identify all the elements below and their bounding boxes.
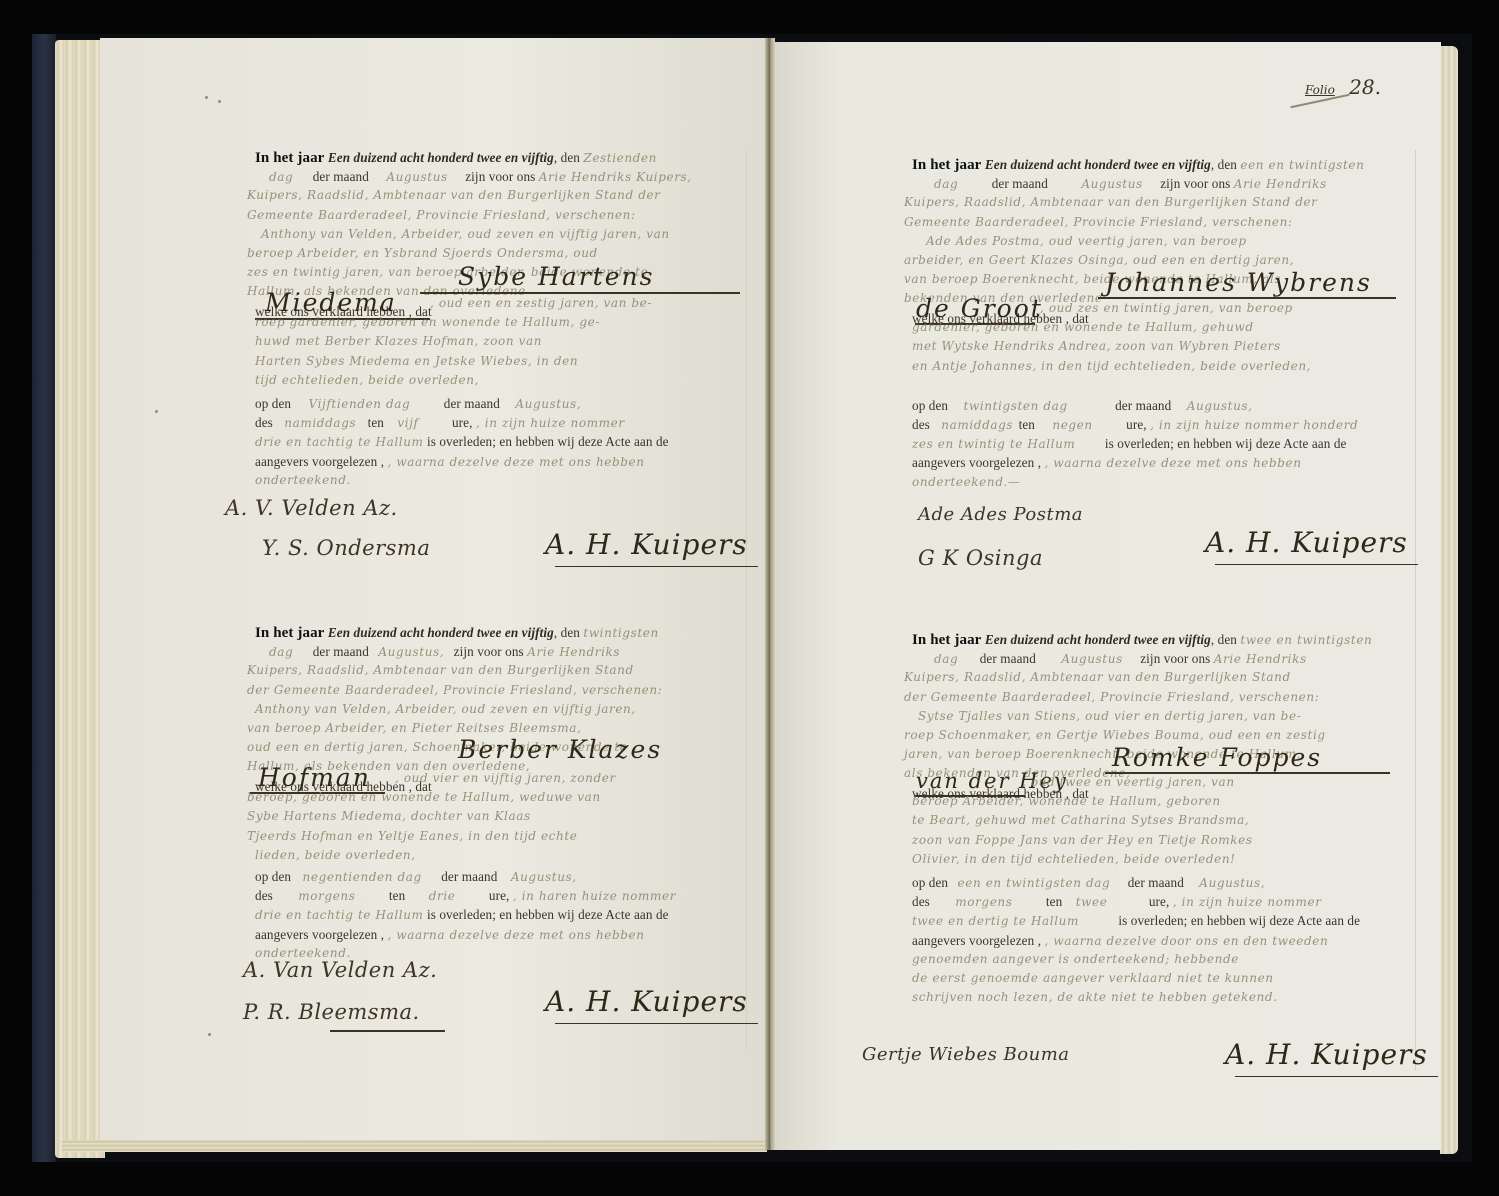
act-month: Augustus, <box>378 645 444 659</box>
printed-den: , den <box>554 625 580 640</box>
printed-opening: In het jaar <box>255 625 324 641</box>
official-line: Kuipers, Raadslid, Ambtenaar van den Bur… <box>247 661 745 680</box>
act-official: Arie Hendriks <box>527 645 620 659</box>
printed-der-maand: der maand <box>1115 398 1171 413</box>
year-words: Een duizend acht honderd twee en vijftig <box>985 632 1211 647</box>
printed-overleden: is overleden; en hebben wij deze Acte aa… <box>1118 913 1360 928</box>
page-edges-bottom <box>62 1140 767 1152</box>
ink-speck <box>218 100 221 103</box>
deceased-line: te Beart, gehuwd met Catharina Sytses Br… <box>912 811 1412 830</box>
time-of-day: namiddags <box>941 418 1013 432</box>
death-day: Vijftienden dag <box>309 397 411 411</box>
year-words: Een duizend acht honderd twee en vijftig <box>985 157 1211 172</box>
witness-signature: Y. S. Ondersma <box>262 536 430 560</box>
year-words: Een duizend acht honderd twee en vijftig <box>328 150 554 165</box>
deceased-first-name: Sybe Hartens <box>458 262 654 291</box>
act-dag: dag <box>269 170 293 184</box>
deceased-line: beroep, geboren en wonende te Hallum, we… <box>247 788 745 807</box>
deceased-line: Harten Sybes Miedema en Jetske Wiebes, i… <box>255 352 745 371</box>
deceased-line: , oud zes en twintig jaren, van beroep <box>1040 299 1412 318</box>
deceased-line: huwd met Berber Klazes Hofman, zoon van <box>255 332 745 351</box>
closing-text: genoemden aangever is onderteekend; hebb… <box>912 950 1412 969</box>
closing-text: onderteekend.— <box>912 473 1412 492</box>
printed-voorgelezen: aangevers voorgelezen , <box>255 454 384 469</box>
printed-op-den: op den <box>255 869 291 884</box>
printed-zijn-voor-ons: zijn voor ons <box>465 169 535 184</box>
act-month: Augustus <box>1061 652 1122 666</box>
printed-der-maand: der maand <box>441 869 497 884</box>
act-day: twee en twintigsten <box>1240 633 1372 647</box>
ink-speck <box>205 96 208 99</box>
ink-speck <box>208 1033 211 1036</box>
act-official: Arie Hendriks Kuipers, <box>539 170 692 184</box>
death-act-3-body: , oud zes en twintig jaren, van beroep g… <box>912 299 1412 492</box>
official-signature: A. H. Kuipers <box>545 985 748 1018</box>
act-day: twintigsten <box>583 626 658 640</box>
witness-signature: A. Van Velden Az. <box>243 958 437 982</box>
death-day: twintigsten dag <box>964 399 1068 413</box>
printed-zijn-voor-ons: zijn voor ons <box>1140 651 1210 666</box>
act-month: Augustus <box>386 170 447 184</box>
deceased-line: , oud vier en vijftig jaren, zonder <box>395 769 745 788</box>
act-dag: dag <box>934 652 958 666</box>
year-words: Een duizend acht honderd twee en vijftig <box>328 625 554 640</box>
official-line: Gemeente Baarderadeel, Provincie Friesla… <box>247 206 745 225</box>
house-number-text: , in zijn huize nommer <box>1173 895 1322 909</box>
closing-text: , waarna dezelve door ons en den tweeden <box>1045 934 1329 948</box>
printed-der-maand: der maand <box>313 644 369 659</box>
death-hour: twee <box>1076 895 1108 909</box>
witness-line: Anthony van Velden, Arbeider, oud zeven … <box>261 225 745 244</box>
printed-opening: In het jaar <box>912 157 981 173</box>
act-official: Arie Hendriks <box>1234 177 1327 191</box>
printed-des: des <box>255 888 273 903</box>
printed-der-maand: der maand <box>444 396 500 411</box>
deceased-first-name: Johannes Wybrens <box>1105 268 1372 297</box>
official-line: der Gemeente Baarderadeel, Provincie Fri… <box>247 681 745 700</box>
deceased-line: roep gardenier, geboren en wonende te Ha… <box>255 313 745 332</box>
ink-speck <box>155 410 158 413</box>
printed-den: , den <box>1211 632 1237 647</box>
closing-text: de eerst genoemde aangever verklaard nie… <box>912 969 1412 988</box>
printed-zijn-voor-ons: zijn voor ons <box>1160 176 1230 191</box>
printed-op-den: op den <box>255 396 291 411</box>
printed-der-maand: der maand <box>980 651 1036 666</box>
witness-line: beroep Arbeider, en Ysbrand Sjoerds Onde… <box>247 244 745 263</box>
printed-overleden: is overleden; en hebben wij deze Acte aa… <box>427 434 669 449</box>
deceased-line: en Antje Johannes, in den tijd echtelied… <box>912 357 1412 376</box>
printed-ure: ure, <box>452 415 473 430</box>
act-official: Arie Hendriks <box>1214 652 1307 666</box>
official-signature: A. H. Kuipers <box>1225 1038 1428 1071</box>
house-number-text: , in zijn huize nommer honderd <box>1150 418 1358 432</box>
official-line: Kuipers, Raadslid, Ambtenaar van den Bur… <box>904 668 1412 687</box>
printed-ure: ure, <box>1126 417 1147 432</box>
act-dag: dag <box>269 645 293 659</box>
witness-line: Ade Ades Postma, oud veertig jaren, van … <box>926 232 1412 251</box>
printed-des: des <box>912 894 930 909</box>
time-of-day: namiddags <box>284 416 356 430</box>
death-month: Augustus, <box>1187 399 1253 413</box>
witness-signature: Ade Ades Postma <box>918 504 1083 525</box>
margin-rule-right <box>1415 150 1416 1070</box>
deceased-first-name: Romke Foppes <box>1112 743 1322 772</box>
closing-text: schrijven noch lezen, de akte niet te he… <box>912 988 1412 1007</box>
official-signature: A. H. Kuipers <box>1205 526 1408 559</box>
printed-den: , den <box>554 150 580 165</box>
deceased-line: lieden, beide overleden, <box>255 846 745 865</box>
deceased-line: , oud twee en veertig jaren, van <box>1022 773 1412 792</box>
deceased-first-name: Berber Klazes <box>458 735 662 764</box>
book-gutter <box>765 38 775 1150</box>
death-day: negentienden dag <box>303 870 422 884</box>
page-edges-left <box>55 40 105 1158</box>
printed-den: , den <box>1211 157 1237 172</box>
deceased-line: gardenier, geboren en wonende te Hallum,… <box>912 318 1412 337</box>
witness-signature: Gertje Wiebes Bouma <box>862 1044 1070 1065</box>
death-place: drie en tachtig te Hallum <box>255 908 424 922</box>
act-month: Augustus <box>1081 177 1142 191</box>
page-edges-right <box>1440 46 1458 1154</box>
closing-text: , waarna dezelve deze met ons hebben <box>388 455 645 469</box>
death-month: Augustus, <box>1199 876 1265 890</box>
closing-text: onderteekend. <box>255 471 745 490</box>
margin-rule-left <box>746 150 747 1050</box>
printed-op-den: op den <box>912 875 948 890</box>
witness-signature: P. R. Bleemsma. <box>243 1000 420 1024</box>
house-number-text: , in haren huize nommer <box>513 889 676 903</box>
death-act-2-body: , oud vier en vijftig jaren, zonder bero… <box>255 769 745 963</box>
closing-text: , waarna dezelve deze met ons hebben <box>388 928 645 942</box>
act-day: een en twintigsten <box>1240 158 1364 172</box>
printed-opening: In het jaar <box>912 632 981 648</box>
death-place: twee en dertig te Hallum <box>912 914 1079 928</box>
printed-ten: ten <box>1046 894 1062 909</box>
time-of-day: morgens <box>298 889 355 903</box>
printed-ure: ure, <box>1149 894 1170 909</box>
printed-der-maand: der maand <box>992 176 1048 191</box>
death-place: zes en twintig te Hallum <box>912 437 1075 451</box>
printed-overleden: is overleden; en hebben wij deze Acte aa… <box>427 907 669 922</box>
printed-zijn-voor-ons: zijn voor ons <box>454 644 524 659</box>
act-dag: dag <box>934 177 958 191</box>
printed-op-den: op den <box>912 398 948 413</box>
deceased-line: beroep Arbeider, wonende te Hallum, gebo… <box>912 792 1412 811</box>
signature-underline <box>330 1030 445 1032</box>
printed-voorgelezen: aangevers voorgelezen , <box>255 927 384 942</box>
folio-label: Folio <box>1305 83 1335 97</box>
folio-value: 28. <box>1349 75 1381 99</box>
printed-der-maand: der maand <box>1128 875 1184 890</box>
death-day: een en twintigsten dag <box>958 876 1111 890</box>
printed-ten: ten <box>1019 417 1035 432</box>
witness-signature: A. V. Velden Az. <box>225 496 398 520</box>
printed-opening: In het jaar <box>255 150 324 166</box>
death-hour: vijf <box>397 416 418 430</box>
official-line: der Gemeente Baarderadeel, Provincie Fri… <box>904 688 1412 707</box>
official-line: Gemeente Baarderadeel, Provincie Friesla… <box>904 213 1412 232</box>
deceased-line: , oud een en zestig jaren, van be- <box>430 294 745 313</box>
death-act-4-body: , oud twee en veertig jaren, van beroep … <box>912 773 1412 1007</box>
deceased-line: Olivier, in den tijd echtelieden, beide … <box>912 850 1412 869</box>
book-spine-cloth <box>32 34 56 1162</box>
printed-overleden: is overleden; en hebben wij deze Acte aa… <box>1105 436 1347 451</box>
death-month: Augustus, <box>511 870 577 884</box>
printed-ten: ten <box>389 888 405 903</box>
witness-line: Sytse Tjalles van Stiens, oud vier en de… <box>918 707 1412 726</box>
printed-des: des <box>912 417 930 432</box>
printed-des: des <box>255 415 273 430</box>
deceased-line: zoon van Foppe Jans van der Hey en Tietj… <box>912 831 1412 850</box>
witness-signature: G K Osinga <box>918 546 1043 570</box>
death-hour: drie <box>429 889 456 903</box>
death-month: Augustus, <box>515 397 581 411</box>
death-act-1-body: , oud een en zestig jaren, van be- roep … <box>255 294 745 490</box>
deceased-line: Tjeerds Hofman en Yeltje Eanes, in den t… <box>247 827 745 846</box>
printed-ure: ure, <box>489 888 510 903</box>
official-line: Kuipers, Raadslid, Ambtenaar van den Bur… <box>904 193 1412 212</box>
act-day: Zestienden <box>583 151 657 165</box>
official-signature: A. H. Kuipers <box>545 528 748 561</box>
death-hour: negen <box>1052 418 1092 432</box>
deceased-line: Sybe Hartens Miedema, dochter van Klaas <box>247 807 745 826</box>
official-line: Kuipers, Raadslid, Ambtenaar van den Bur… <box>247 186 745 205</box>
witness-line: Anthony van Velden, Arbeider, oud zeven … <box>255 700 745 719</box>
death-place: drie en tachtig te Hallum <box>255 435 424 449</box>
deceased-line: tijd echtelieden, beide overleden, <box>255 371 745 390</box>
time-of-day: morgens <box>955 895 1012 909</box>
printed-ten: ten <box>368 415 384 430</box>
house-number-text: , in zijn huize nommer <box>476 416 625 430</box>
deceased-line: met Wytske Hendriks Andrea, zoon van Wyb… <box>912 337 1412 356</box>
printed-voorgelezen: aangevers voorgelezen , <box>912 455 1041 470</box>
printed-der-maand: der maand <box>313 169 369 184</box>
printed-voorgelezen: aangevers voorgelezen , <box>912 933 1041 948</box>
closing-text: , waarna dezelve deze met ons hebben <box>1045 456 1302 470</box>
